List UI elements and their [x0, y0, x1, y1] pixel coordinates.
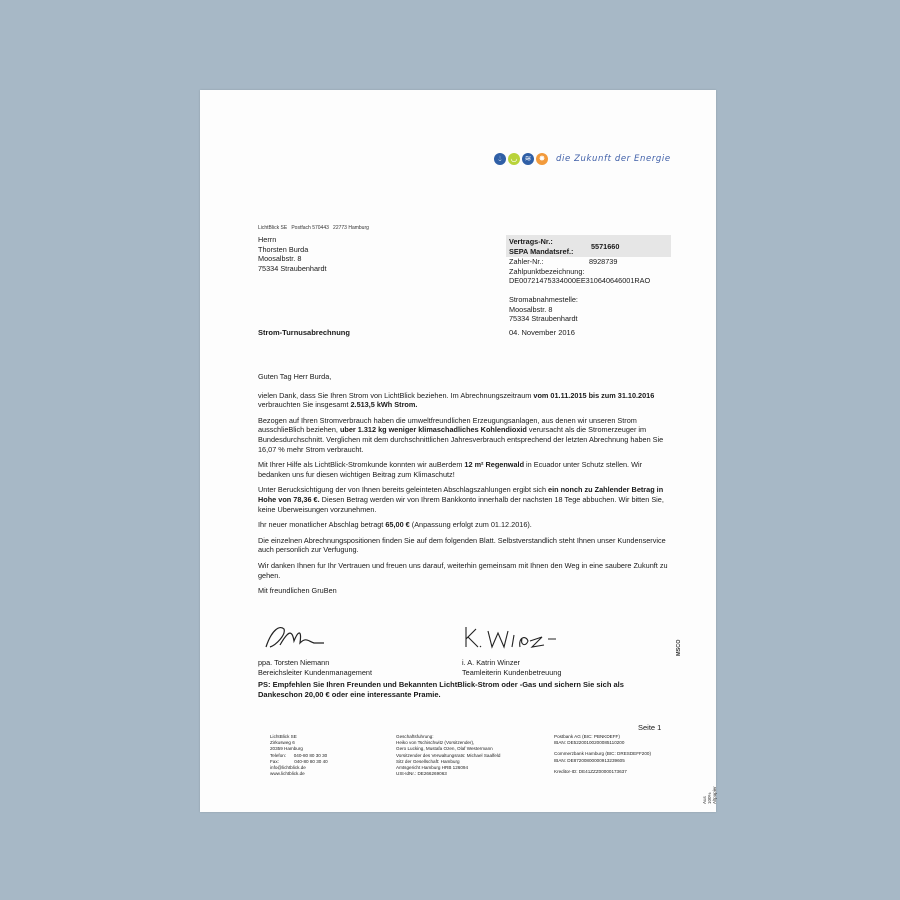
postscript: PS: Empfehlen Sie Ihren Freunden und Bek…	[258, 680, 670, 700]
meter-value: DE00721475334000EE310640646001RAO	[509, 276, 671, 286]
supply-street: Moosalbstr. 8	[509, 305, 671, 315]
supply-city: 75334 Straubenhardt	[509, 314, 671, 324]
paragraph-consumption: vielen Dank, dass Sie Ihren Strom von Li…	[258, 391, 670, 410]
recipient-address: Herrn Thorsten Burda Moosalbstr. 8 75334…	[258, 235, 327, 273]
recycled-paper-note: Aus 100% Altpapier	[702, 786, 717, 804]
signatory-2-title: Teamleiterin Kundenbetreuung	[462, 668, 562, 678]
contract-label: Vertrags-Nr.:	[509, 237, 591, 247]
letter-subject: Strom-Turnusabrechnung	[258, 328, 350, 337]
margin-code: MSCO	[676, 640, 682, 657]
paragraph-rainforest: Mit Ihrer Hilfe als LichtBlick-Stromkund…	[258, 460, 670, 479]
paragraph-details: Die einzelnen Abrechnungspositionen find…	[258, 536, 670, 555]
company-logo: 💧︎ ◡ ≋ ✸ die Zukunft der Energie	[494, 153, 671, 165]
leaf-icon: ◡	[508, 153, 520, 165]
signature-block-2: i. A. Katrin Winzer Teamleiterin Kundenb…	[462, 623, 562, 677]
recipient-street: Moosalbstr. 8	[258, 254, 327, 264]
paragraph-balance: Unter Berucksichtigung der von Ihnen ber…	[258, 485, 670, 514]
paragraph-thanks: Wir danken Ihnen fur Ihr Vertrauen und f…	[258, 561, 670, 580]
paragraph-co2: Bezogen auf Ihren Stromverbrauch haben d…	[258, 416, 670, 454]
contract-box: Vertrags-Nr.: SEPA Mandatsref.: 5571660	[506, 235, 671, 257]
creditor-id: Kreditor-ID: DE41ZZZ00000173637	[554, 769, 651, 775]
signatory-1-title: Bereichsleiter Kundenmanagement	[258, 668, 372, 678]
payer-label: Zahler-Nr.:	[509, 257, 589, 267]
page-number: Seite 1	[638, 723, 661, 732]
letter-date: 04. November 2016	[509, 328, 575, 337]
recipient-city: 75334 Straubenhardt	[258, 264, 327, 274]
meter-label: Zahlpunktbezeichnung:	[509, 267, 671, 277]
wind-icon: ≋	[522, 153, 534, 165]
signature-block-1: ppa. Torsten Niemann Bereichsleiter Kund…	[258, 623, 372, 677]
reference-block: Vertrags-Nr.: SEPA Mandatsref.: 5571660 …	[509, 235, 671, 324]
greeting: Guten Tag Herr Burda,	[258, 372, 670, 382]
footer-website: www.lichtblick.de	[270, 771, 328, 777]
payer-value: 8928739	[589, 257, 617, 267]
contract-value: 5571660	[591, 242, 619, 252]
signatory-2-name: i. A. Katrin Winzer	[462, 658, 562, 668]
paragraph-installment: Ihr neuer monatlicher Abschlag betragt 6…	[258, 520, 670, 530]
water-drop-icon: 💧︎	[494, 153, 506, 165]
footer-management: Geschaftsfuhrung: Heiko von Tschischwitz…	[396, 734, 500, 777]
recipient-name: Thorsten Burda	[258, 245, 327, 255]
signatory-1-name: ppa. Torsten Niemann	[258, 658, 372, 668]
sepa-label: SEPA Mandatsref.:	[509, 247, 591, 257]
supply-label: Stromabnahmestelle:	[509, 295, 671, 305]
footer-bank-details: Postbank AG (BIC: PBNKDEFF) IBAN: DE5220…	[554, 734, 651, 775]
payer-row: Zahler-Nr.: 8928739	[509, 257, 671, 267]
signature-winzer	[462, 623, 562, 651]
footer-company: LichtBlick SE Zirkusweg 6 20359 Hamburg …	[270, 734, 328, 777]
letter-body: Guten Tag Herr Burda, vielen Dank, dass …	[258, 372, 670, 602]
letter-page: 💧︎ ◡ ≋ ✸ die Zukunft der Energie LichtBl…	[200, 90, 716, 812]
signature-niemann	[258, 623, 338, 651]
tagline: die Zukunft der Energie	[556, 154, 671, 164]
closing: Mit freundlichen GruBen	[258, 586, 670, 596]
sender-return-address: LichtBlick SE Postfach 570443 22773 Hamb…	[258, 225, 369, 231]
sun-icon: ✸	[536, 153, 548, 165]
recipient-salutation: Herrn	[258, 235, 327, 245]
